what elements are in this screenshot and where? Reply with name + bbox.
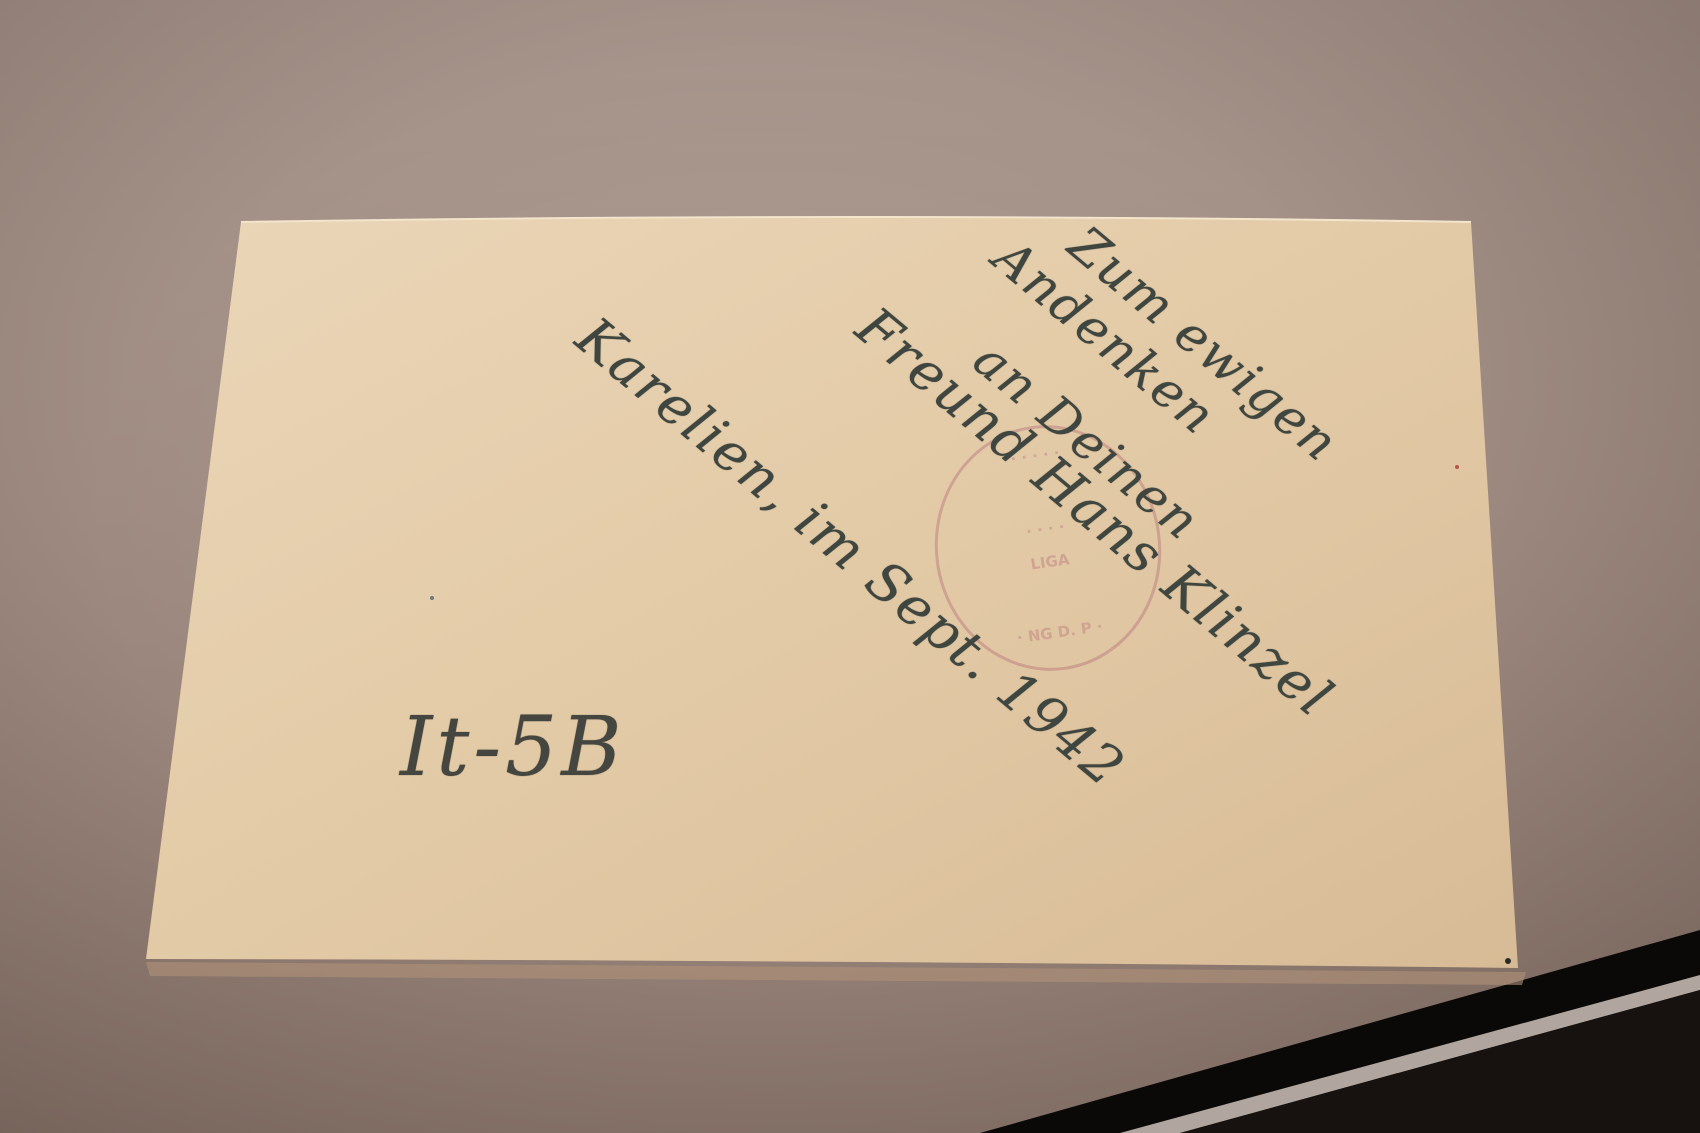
ink-speck [1505, 958, 1511, 964]
ink-speck [1455, 465, 1459, 469]
catalog-mark: It-5B [400, 700, 625, 795]
ink-speck [430, 596, 434, 600]
